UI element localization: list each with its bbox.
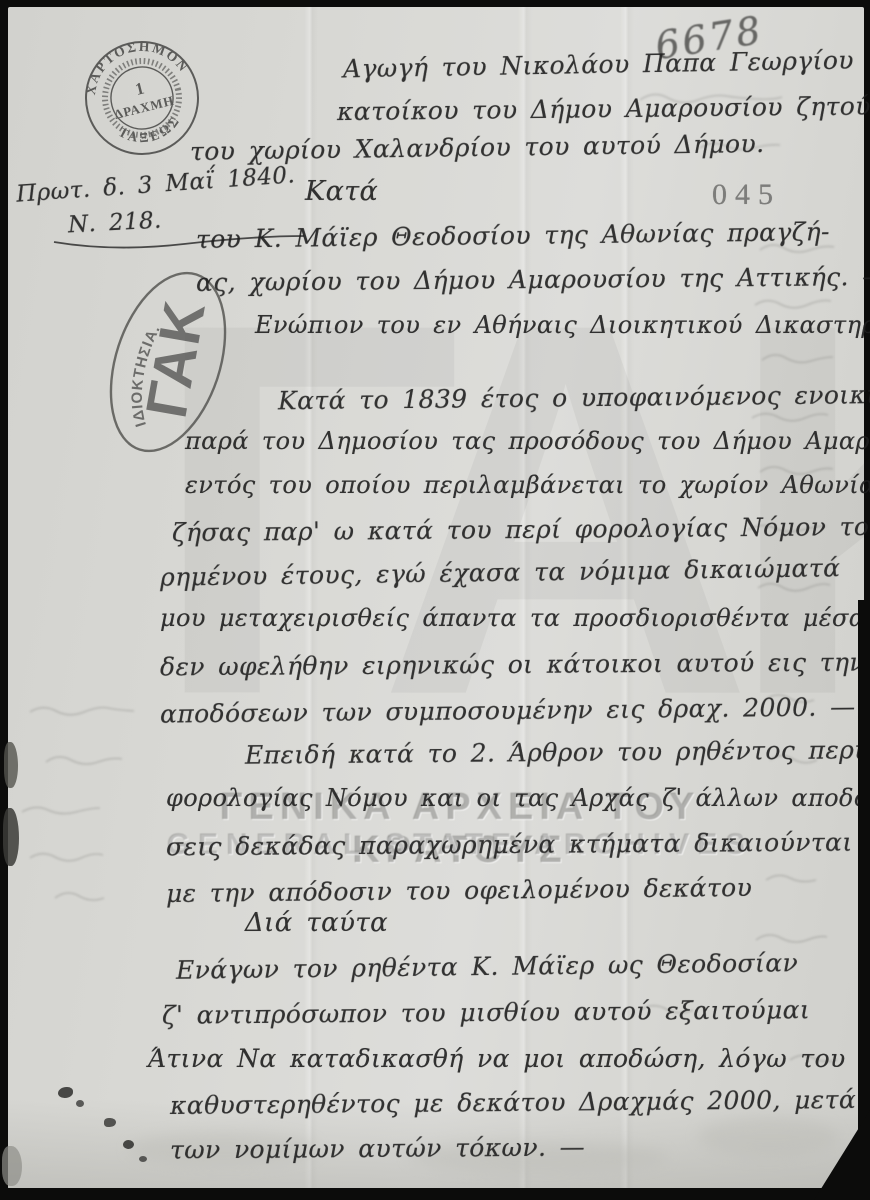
ink-spot bbox=[76, 1100, 84, 1107]
manuscript-line: κατοίκου του Δήμου Αμαρουσίου ζητούντος bbox=[337, 91, 870, 126]
manuscript-line: ζ' αντιπρόσωπον του μισθίου αυτού εξαιτο… bbox=[162, 995, 810, 1030]
manuscript-line: εντός του οποίου περιλαμβάνεται το χωρίο… bbox=[185, 471, 870, 499]
manuscript-line: δεν ωφελήθην ειρηνικώς οι κάτοικοι αυτού… bbox=[160, 648, 865, 682]
manuscript-line: Κατά το 1839 έτος ο υποφαινόμενος ενοικί… bbox=[278, 380, 870, 416]
folio-number-stamp: 045 bbox=[712, 178, 781, 212]
revenue-stamp-value: 1 bbox=[133, 79, 146, 99]
manuscript-line: Κατά bbox=[305, 176, 378, 207]
manuscript-line: καθυστερηθέντος με δεκάτου Δραχμάς 2000,… bbox=[170, 1085, 856, 1120]
ink-spot bbox=[139, 1156, 147, 1162]
scan-edge-top bbox=[0, 0, 870, 7]
manuscript-line: μου μεταχειρισθείς άπαντα τα προσδιορισθ… bbox=[160, 604, 865, 632]
manuscript-line: παρά του Δημοσίου τας προσόδους του Δήμο… bbox=[185, 427, 870, 455]
scan-edge-bottom bbox=[0, 1188, 870, 1200]
manuscript-line: Διά ταύτα bbox=[245, 908, 388, 938]
manuscript-line: Επειδή κατά το 2. Άρθρον του ρηθέντος πε… bbox=[245, 735, 865, 769]
manuscript-line: φορολογίας Νόμου και οι τας Αρχάς ζ' άλλ… bbox=[166, 784, 870, 812]
manuscript-line: σεις δεκάδας παραχωρημένα κτήματα δικαιο… bbox=[166, 828, 853, 862]
scanned-document-page: ΓΑΚ ΓΕΝΙΚΑ ΑΡΧΕΙΑ ΤΟΥ ΚΡΑΤΟΥΣ GENERAL ST… bbox=[0, 0, 870, 1200]
ink-spot bbox=[123, 1140, 134, 1149]
manuscript-line: Ενώπιον του εν Αθήναις Διοικητικού Δικασ… bbox=[255, 311, 870, 339]
manuscript-line: ζήσας παρ' ω κατά του περί φορολογίας Νό… bbox=[172, 512, 870, 547]
torn-edge bbox=[2, 1146, 22, 1186]
manuscript-line: Άτινα Να καταδικασθή να μοι αποδώση, λόγ… bbox=[148, 1044, 846, 1073]
paper-stain bbox=[698, 1117, 838, 1157]
scan-edge-right bbox=[858, 600, 870, 1200]
manuscript-line: με την απόδοσιν του οφειλομένου δεκάτου bbox=[166, 873, 752, 908]
svg-text:ΧΑΡΤΟΣΗΜΟΝ: ΧΑΡΤΟΣΗΜΟΝ bbox=[73, 28, 193, 99]
scan-edge-left bbox=[0, 0, 8, 1200]
torn-edge bbox=[4, 742, 18, 788]
revenue-stamp-ring-top: ΧΑΡΤΟΣΗΜΟΝ bbox=[73, 28, 193, 99]
manuscript-line: των νομίμων αυτών τόκων. — bbox=[170, 1133, 585, 1165]
torn-edge bbox=[3, 808, 19, 866]
manuscript-line: ας, χωρίου του Δήμου Αμαρουσίου της Αττι… bbox=[196, 262, 870, 297]
